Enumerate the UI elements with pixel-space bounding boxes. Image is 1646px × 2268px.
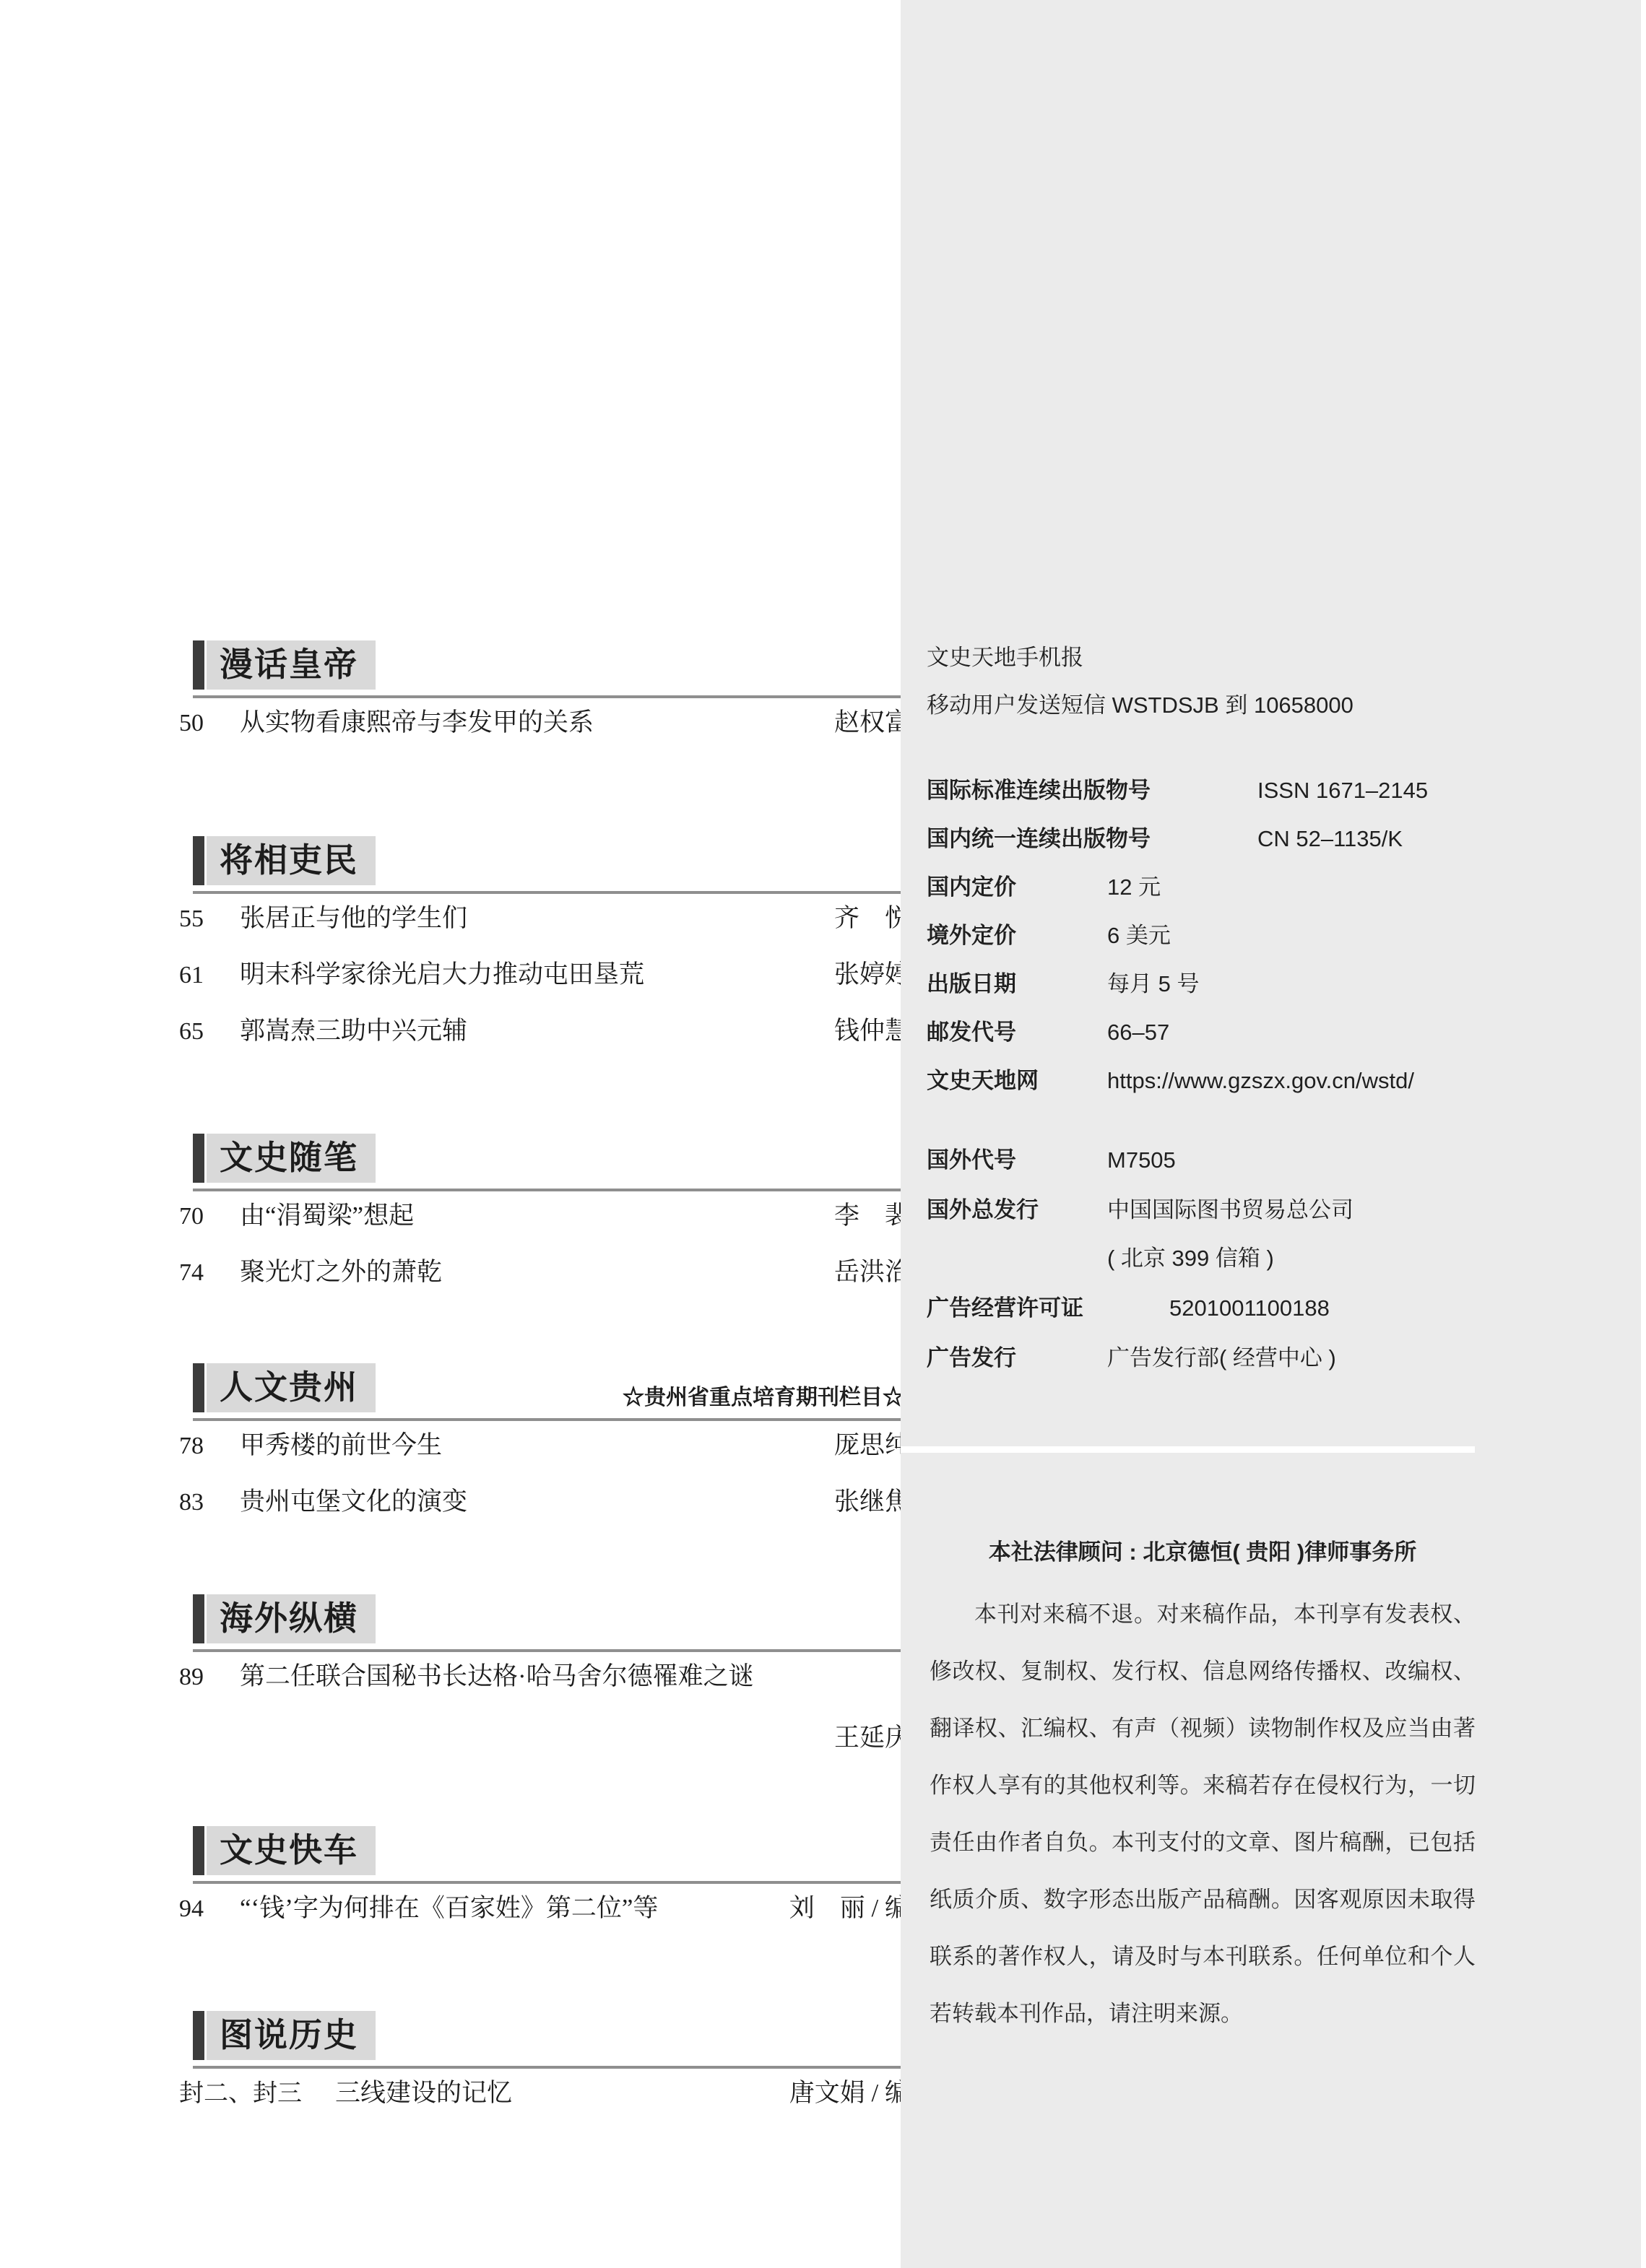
section-title: 文史随笔 (207, 1134, 376, 1183)
toc-section-renwen-guizhou: 人文贵州 ☆贵州省重点培育期刊栏目☆ 78 甲秀楼的前世今生 厐思纯 83 贵州… (179, 1363, 910, 1518)
entry-title: 从实物看康熙帝与李发甲的关系 (240, 708, 834, 738)
info-label: 出版日期 (927, 971, 1107, 997)
info-value: 中国国际图书贸易总公司 (1107, 1197, 1612, 1223)
info-value: 12 元 (1107, 874, 1612, 900)
section-header: 将相吏民 (193, 836, 910, 885)
toc-entry: 74 聚光灯之外的萧乾 岳洪治 (179, 1257, 910, 1288)
info-label: 邮发代号 (927, 1020, 1107, 1046)
info-value: 66–57 (1107, 1020, 1612, 1046)
toc-entry: 61 明末科学家徐光启大力推动屯田垦荒 张婷婷 (179, 960, 910, 991)
toc-entry: 94 “‘钱’字为何排在《百家姓》第二位”等 刘 丽 / 编 (179, 1893, 910, 1924)
section-header: 海外纵横 (193, 1594, 910, 1643)
section-title: 文史快车 (207, 1826, 376, 1875)
section-divider (193, 2066, 910, 2069)
toc-section-wenshi-kuaiche: 文史快车 94 “‘钱’字为何排在《百家姓》第二位”等 刘 丽 / 编 (179, 1826, 910, 1924)
info-value: 每月 5 号 (1107, 971, 1612, 997)
entry-page-number: 55 (179, 904, 240, 934)
toc-section-wenshi-suibi: 文史随笔 70 由“涓蜀梁”想起 李 裴 74 聚光灯之外的萧乾 岳洪治 (179, 1134, 910, 1288)
website-url: https://www.gzszx.gov.cn/wstd/ (1107, 1068, 1612, 1094)
section-accent-bar (193, 640, 204, 690)
section-header: 人文贵州 ☆贵州省重点培育期刊栏目☆ (193, 1363, 910, 1412)
entry-title: 贵州屯堡文化的演变 (240, 1487, 834, 1517)
entry-author: 赵权富 (834, 708, 910, 738)
entry-author: 王延庆 (834, 1723, 910, 1753)
publication-info-panel: 文史天地手机报 移动用户发送短信 WSTDSJB 到 10658000 国际标准… (901, 0, 1641, 2268)
toc-entry: 89 第二任联合国秘书长达格·哈马舍尔德罹难之谜 (179, 1661, 910, 1693)
info-value: CN 52–1135/K (1257, 826, 1612, 852)
entry-page-number: 74 (179, 1258, 240, 1288)
toc-section-manhua-huangdi: 漫话皇帝 50 从实物看康熙帝与李发甲的关系 赵权富 (179, 640, 910, 739)
info-row-domestic-price: 国内定价 12 元 (927, 874, 1612, 900)
toc-entry: 50 从实物看康熙帝与李发甲的关系 赵权富 (179, 708, 910, 739)
toc-entry: 55 张居正与他的学生们 齐 悦 (179, 903, 910, 934)
info-row-ad-license: 广告经营许可证 5201001100188 (927, 1295, 1612, 1321)
section-header: 文史快车 (193, 1826, 910, 1875)
entry-title: 三线建设的记忆 (335, 2078, 789, 2108)
section-header: 图说历史 (193, 2011, 910, 2060)
magazine-toc-page: 漫话皇帝 50 从实物看康熙帝与李发甲的关系 赵权富 将相吏民 55 张居正与他… (0, 0, 1646, 2268)
info-label: 国外代号 (927, 1147, 1107, 1173)
section-accent-bar (193, 1594, 204, 1643)
entry-page-number: 94 (179, 1894, 240, 1924)
section-divider (193, 1189, 910, 1191)
entry-author: 厐思纯 (834, 1430, 910, 1461)
section-title: 漫话皇帝 (207, 640, 376, 690)
section-accent-bar (193, 1134, 204, 1183)
entry-page-number: 78 (179, 1431, 240, 1461)
info-value: 5201001100188 (1169, 1295, 1612, 1321)
section-header: 文史随笔 (193, 1134, 910, 1183)
toc-section-tushuo-lishi: 图说历史 封二、封三 三线建设的记忆 唐文娟 / 编 (179, 2011, 910, 2109)
toc-section-jiangxiang-limin: 将相吏民 55 张居正与他的学生们 齐 悦 61 明末科学家徐光启大力推动屯田垦… (179, 836, 910, 1047)
toc-entry: 封二、封三 三线建设的记忆 唐文娟 / 编 (179, 2078, 910, 2109)
entry-author: 张婷婷 (834, 960, 910, 990)
info-row-overseas-code: 国外代号 M7505 (927, 1147, 1612, 1173)
entry-page-number: 50 (179, 708, 240, 739)
entry-page-number: 70 (179, 1202, 240, 1232)
section-title: 将相吏民 (207, 836, 376, 885)
entry-author: 张继焦 (834, 1487, 910, 1517)
panel-section-divider (901, 1446, 1475, 1453)
toc-entry: 65 郭嵩焘三助中兴元辅 钱仲慧 (179, 1016, 910, 1047)
legal-counsel-line: 本社法律顾问 : 北京德恒( 贵阳 )律师事务所 (930, 1537, 1476, 1568)
entry-title: 张居正与他的学生们 (240, 903, 834, 934)
info-label: 国内统一连续出版物号 (927, 826, 1257, 852)
legal-notice-block: 本社法律顾问 : 北京德恒( 贵阳 )律师事务所 本刊对来稿不退。对来稿作品，本… (930, 1537, 1476, 2042)
info-label: 境外定价 (927, 923, 1107, 949)
entry-page-number: 89 (179, 1662, 240, 1693)
toc-column: 漫话皇帝 50 从实物看康熙帝与李发甲的关系 赵权富 将相吏民 55 张居正与他… (179, 0, 910, 2109)
entry-title: 甲秀楼的前世今生 (240, 1430, 834, 1461)
section-divider (193, 1881, 910, 1884)
section-divider (193, 891, 910, 894)
entry-page-number: 65 (179, 1017, 240, 1047)
entry-page-number: 封二、封三 (179, 2079, 302, 2109)
publication-codes-block: 国际标准连续出版物号 ISSN 1671–2145 国内统一连续出版物号 CN … (927, 778, 1612, 1094)
entry-author: 钱仲慧 (834, 1016, 910, 1046)
entry-title: 第二任联合国秘书长达格·哈马舍尔德罹难之谜 (240, 1661, 910, 1692)
section-accent-bar (193, 2011, 204, 2060)
info-value: ISSN 1671–2145 (1257, 778, 1612, 804)
section-divider (193, 1418, 910, 1421)
toc-entry: 78 甲秀楼的前世今生 厐思纯 (179, 1430, 910, 1461)
section-title: 图说历史 (207, 2011, 376, 2060)
section-title: 海外纵横 (207, 1594, 376, 1643)
entry-page-number: 83 (179, 1487, 240, 1518)
info-label: 国际标准连续出版物号 (927, 778, 1257, 804)
entry-author: 李 裴 (834, 1201, 910, 1231)
mobile-news-instruction: 移动用户发送短信 WSTDSJB 到 10658000 (927, 692, 1612, 718)
section-divider (193, 695, 910, 698)
info-row-website: 文史天地网 https://www.gzszx.gov.cn/wstd/ (927, 1068, 1612, 1094)
toc-entry: 70 由“涓蜀梁”想起 李 裴 (179, 1201, 910, 1232)
entry-title: 明末科学家徐光启大力推动屯田垦荒 (240, 960, 834, 990)
entry-author: 刘 丽 / 编 (789, 1893, 910, 1924)
section-header: 漫话皇帝 (193, 640, 910, 690)
entry-title: 由“涓蜀梁”想起 (240, 1201, 834, 1231)
info-row-overseas-distributor: 国外总发行 中国国际图书贸易总公司 ( 北京 399 信箱 ) (927, 1197, 1612, 1272)
section-title: 人文贵州 (207, 1363, 376, 1412)
section-key-column-note: ☆贵州省重点培育期刊栏目☆ (623, 1379, 904, 1412)
info-label: 国外总发行 (927, 1197, 1107, 1223)
info-value: M7505 (1107, 1147, 1612, 1173)
info-label: 国内定价 (927, 874, 1107, 900)
entry-title: “‘钱’字为何排在《百家姓》第二位”等 (240, 1893, 789, 1924)
info-row-postal-code: 邮发代号 66–57 (927, 1020, 1612, 1046)
info-label: 文史天地网 (927, 1068, 1107, 1094)
info-row-overseas-price: 境外定价 6 美元 (927, 923, 1612, 949)
entry-author: 齐 悦 (834, 903, 910, 934)
section-accent-bar (193, 1363, 204, 1412)
info-label: 广告经营许可证 (927, 1295, 1169, 1321)
info-row-ad-distribution: 广告发行 广告发行部( 经营中心 ) (927, 1345, 1612, 1371)
info-value: 广告发行部( 经营中心 ) (1107, 1345, 1612, 1371)
info-value: 6 美元 (1107, 923, 1612, 949)
distribution-block: 国外代号 M7505 国外总发行 中国国际图书贸易总公司 ( 北京 399 信箱… (927, 1147, 1612, 1371)
submission-copyright-notice: 本刊对来稿不退。对来稿作品，本刊享有发表权、修改权、复制权、发行权、信息网络传播… (930, 1586, 1476, 2042)
section-divider (193, 1649, 910, 1652)
entry-title: 郭嵩焘三助中兴元辅 (240, 1016, 834, 1046)
toc-section-haiwai-zongheng: 海外纵横 89 第二任联合国秘书长达格·哈马舍尔德罹难之谜 王延庆 (179, 1594, 910, 1753)
info-label: 广告发行 (927, 1345, 1107, 1371)
info-row-cn-number: 国内统一连续出版物号 CN 52–1135/K (927, 826, 1612, 852)
entry-author: 唐文娟 / 编 (789, 2078, 910, 2108)
entry-page-number: 61 (179, 960, 240, 991)
toc-entry: 83 贵州屯堡文化的演变 张继焦 (179, 1487, 910, 1518)
info-row-issn: 国际标准连续出版物号 ISSN 1671–2145 (927, 778, 1612, 804)
info-value-line2: ( 北京 399 信箱 ) (1107, 1246, 1612, 1272)
toc-entry-author-line: 王延庆 (179, 1723, 910, 1753)
section-accent-bar (193, 1826, 204, 1875)
info-row-publish-date: 出版日期 每月 5 号 (927, 971, 1612, 997)
section-accent-bar (193, 836, 204, 885)
mobile-news-title: 文史天地手机报 (927, 645, 1612, 671)
entry-author: 岳洪治 (834, 1257, 910, 1287)
entry-title: 聚光灯之外的萧乾 (240, 1257, 834, 1287)
mobile-news-block: 文史天地手机报 移动用户发送短信 WSTDSJB 到 10658000 (927, 0, 1612, 718)
